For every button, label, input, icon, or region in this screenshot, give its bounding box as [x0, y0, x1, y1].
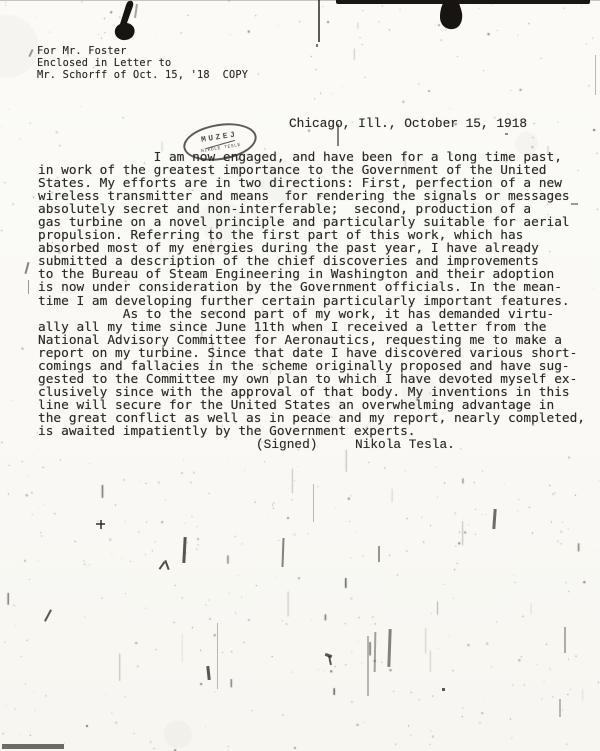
scan-smudge	[24, 262, 29, 274]
scan-smudge	[325, 653, 333, 658]
scan-smudge	[374, 632, 377, 672]
ink-blob-right	[436, 0, 468, 34]
scan-smudge	[387, 629, 391, 667]
ink-blob-left	[105, 0, 147, 46]
letter-body: I am now engaged, and have been for a lo…	[38, 151, 585, 438]
scan-smudge	[316, 44, 318, 47]
scan-smudge	[281, 538, 284, 567]
scan-smudge	[28, 49, 33, 57]
scan-smudge	[206, 666, 210, 680]
scanned-letter-page: For Mr. Foster Enclosed in Letter to Mr.…	[0, 0, 600, 751]
scan-smudge	[505, 133, 508, 135]
scan-smudge	[100, 520, 102, 529]
scan-artifact-vertical-line	[318, 0, 320, 42]
scan-smudge	[164, 560, 169, 570]
scan-smudge	[96, 523, 105, 525]
scan-smudge	[44, 609, 52, 621]
stamp-text-top: MUZEJ	[201, 131, 238, 145]
scan-smudge	[182, 537, 186, 563]
signature-name: Nikola Tesla.	[355, 437, 455, 452]
scan-smudge	[28, 280, 29, 294]
scan-smudge	[2, 744, 64, 749]
scan-smudge	[378, 546, 380, 562]
scan-smudge	[559, 699, 561, 717]
scan-smudge	[442, 688, 445, 691]
scan-smudge	[595, 55, 596, 95]
scan-smudge	[313, 484, 314, 522]
scan-smudge	[159, 561, 166, 570]
scan-smudge	[492, 509, 496, 529]
scan-smudge	[217, 623, 218, 689]
dateline: Chicago, Ill., October 15, 1918	[289, 116, 527, 131]
routing-annotation: For Mr. Foster Enclosed in Letter to Mr.…	[37, 45, 248, 81]
signed-label: (Signed)	[256, 437, 317, 452]
scan-smudge	[564, 627, 566, 653]
scan-smudge	[328, 656, 332, 665]
scan-smudge	[367, 636, 369, 696]
